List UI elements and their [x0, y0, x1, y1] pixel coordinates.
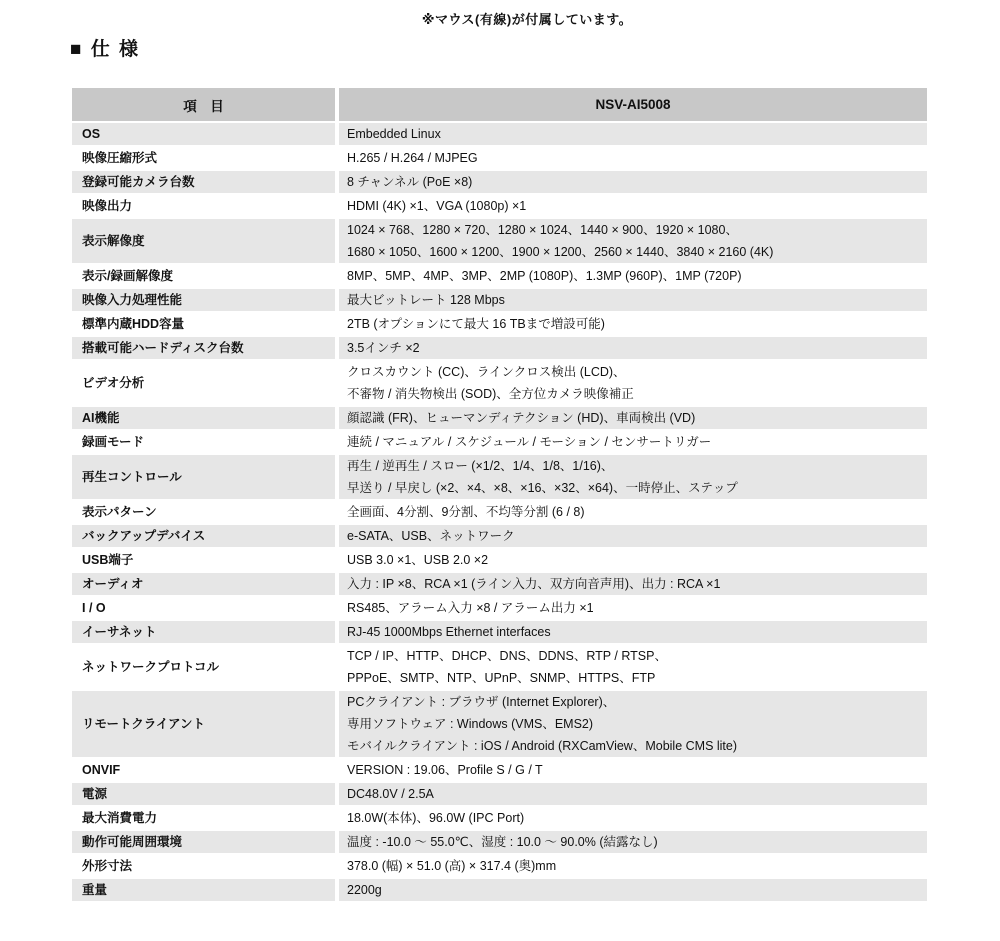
header-item-column: 項 目 — [72, 88, 339, 123]
spec-item-label: USB端子 — [72, 549, 339, 573]
spec-item-value: 全画面、4分割、9分割、不均等分割 (6 / 8) — [339, 501, 927, 525]
spec-item-value: クロスカウント (CC)、ラインクロス検出 (LCD)、 不審物 / 消失物検出… — [339, 361, 927, 407]
spec-item-value: TCP / IP、HTTP、DHCP、DNS、DDNS、RTP / RTSP、 … — [339, 645, 927, 691]
table-row: 映像出力 HDMI (4K) ×1、VGA (1080p) ×1 — [72, 195, 927, 219]
spec-item-value: 温度 : -10.0 ～ 55.0℃、湿度 : 10.0 ～ 90.0% (結露… — [339, 831, 927, 855]
spec-item-label: ONVIF — [72, 759, 339, 783]
spec-item-value: 顔認識 (FR)、ヒューマンディテクション (HD)、車両検出 (VD) — [339, 407, 927, 431]
spec-table-header: 項 目 NSV-AI5008 — [72, 88, 927, 123]
spec-item-label: 電源 — [72, 783, 339, 807]
spec-item-label: ビデオ分析 — [72, 361, 339, 407]
spec-item-label: 搭載可能ハードディスク台数 — [72, 337, 339, 361]
table-row: 登録可能カメラ台数 8 チャンネル (PoE ×8) — [72, 171, 927, 195]
spec-item-value: VERSION : 19.06、Profile S / G / T — [339, 759, 927, 783]
table-row: リモートクライアント PCクライアント : ブラウザ (Internet Exp… — [72, 691, 927, 759]
table-row: 表示解像度 1024 × 768、1280 × 720、1280 × 1024、… — [72, 219, 927, 265]
spec-item-label: 重量 — [72, 879, 339, 903]
table-row: 表示/録画解像度 8MP、5MP、4MP、3MP、2MP (1080P)、1.3… — [72, 265, 927, 289]
spec-item-label: OS — [72, 123, 339, 147]
spec-item-label: 再生コントロール — [72, 455, 339, 501]
table-row: ビデオ分析 クロスカウント (CC)、ラインクロス検出 (LCD)、 不審物 /… — [72, 361, 927, 407]
table-row: USB端子 USB 3.0 ×1、USB 2.0 ×2 — [72, 549, 927, 573]
header-row: 項 目 NSV-AI5008 — [72, 88, 927, 123]
section-title-specifications: ■ 仕 様 — [70, 34, 140, 61]
spec-item-value: 最大ビットレート 128 Mbps — [339, 289, 927, 313]
spec-item-value: 連続 / マニュアル / スケジュール / モーション / センサートリガー — [339, 431, 927, 455]
spec-item-label: 表示/録画解像度 — [72, 265, 339, 289]
table-row: AI機能 顔認識 (FR)、ヒューマンディテクション (HD)、車両検出 (VD… — [72, 407, 927, 431]
table-row: ネットワークプロトコル TCP / IP、HTTP、DHCP、DNS、DDNS、… — [72, 645, 927, 691]
spec-item-label: ネットワークプロトコル — [72, 645, 339, 691]
spec-item-label: バックアップデバイス — [72, 525, 339, 549]
table-row: 最大消費電力 18.0W(本体)、96.0W (IPC Port) — [72, 807, 927, 831]
table-row: 電源 DC48.0V / 2.5A — [72, 783, 927, 807]
table-row: 重量 2200g — [72, 879, 927, 903]
spec-item-value: H.265 / H.264 / MJPEG — [339, 147, 927, 171]
table-row: 録画モード 連続 / マニュアル / スケジュール / モーション / センサー… — [72, 431, 927, 455]
table-row: 動作可能周囲環境 温度 : -10.0 ～ 55.0℃、湿度 : 10.0 ～ … — [72, 831, 927, 855]
spec-item-value: HDMI (4K) ×1、VGA (1080p) ×1 — [339, 195, 927, 219]
spec-item-value: 1024 × 768、1280 × 720、1280 × 1024、1440 ×… — [339, 219, 927, 265]
spec-item-label: 映像出力 — [72, 195, 339, 219]
table-row: ONVIF VERSION : 19.06、Profile S / G / T — [72, 759, 927, 783]
spec-item-label: AI機能 — [72, 407, 339, 431]
spec-item-label: 映像入力処理性能 — [72, 289, 339, 313]
table-row: 外形寸法 378.0 (幅) × 51.0 (高) × 317.4 (奥)mm — [72, 855, 927, 879]
spec-item-label: オーディオ — [72, 573, 339, 597]
spec-item-value: 8MP、5MP、4MP、3MP、2MP (1080P)、1.3MP (960P)… — [339, 265, 927, 289]
spec-item-label: イーサネット — [72, 621, 339, 645]
header-model-column: NSV-AI5008 — [339, 88, 927, 123]
spec-item-value: Embedded Linux — [339, 123, 927, 147]
spec-table-body: OS Embedded Linux 映像圧縮形式 H.265 / H.264 /… — [72, 123, 927, 903]
spec-item-value: PCクライアント : ブラウザ (Internet Explorer)、 専用ソ… — [339, 691, 927, 759]
spec-item-value: RS485、アラーム入力 ×8 / アラーム出力 ×1 — [339, 597, 927, 621]
spec-item-label: 最大消費電力 — [72, 807, 339, 831]
table-row: 標準内蔵HDD容量 2TB (オプションにて最大 16 TBまで増設可能) — [72, 313, 927, 337]
table-row: 再生コントロール 再生 / 逆再生 / スロー (×1/2、1/4、1/8、1/… — [72, 455, 927, 501]
spec-item-label: I / O — [72, 597, 339, 621]
spec-item-value: e-SATA、USB、ネットワーク — [339, 525, 927, 549]
spec-item-label: 表示パターン — [72, 501, 339, 525]
spec-item-value: 18.0W(本体)、96.0W (IPC Port) — [339, 807, 927, 831]
table-row: 搭載可能ハードディスク台数 3.5インチ ×2 — [72, 337, 927, 361]
spec-item-value: 2200g — [339, 879, 927, 903]
table-row: オーディオ 入力 : IP ×8、RCA ×1 (ライン入力、双方向音声用)、出… — [72, 573, 927, 597]
spec-item-label: リモートクライアント — [72, 691, 339, 759]
spec-item-value: 再生 / 逆再生 / スロー (×1/2、1/4、1/8、1/16)、 早送り … — [339, 455, 927, 501]
spec-item-value: 8 チャンネル (PoE ×8) — [339, 171, 927, 195]
table-row: 表示パターン 全画面、4分割、9分割、不均等分割 (6 / 8) — [72, 501, 927, 525]
spec-item-label: 標準内蔵HDD容量 — [72, 313, 339, 337]
spec-item-value: 3.5インチ ×2 — [339, 337, 927, 361]
spec-item-label: 動作可能周囲環境 — [72, 831, 339, 855]
spec-table: 項 目 NSV-AI5008 OS Embedded Linux 映像圧縮形式 … — [72, 88, 927, 903]
table-row: I / O RS485、アラーム入力 ×8 / アラーム出力 ×1 — [72, 597, 927, 621]
table-row: バックアップデバイス e-SATA、USB、ネットワーク — [72, 525, 927, 549]
spec-item-value: 入力 : IP ×8、RCA ×1 (ライン入力、双方向音声用)、出力 : RC… — [339, 573, 927, 597]
spec-item-value: RJ-45 1000Mbps Ethernet interfaces — [339, 621, 927, 645]
spec-item-label: 映像圧縮形式 — [72, 147, 339, 171]
spec-item-value: 378.0 (幅) × 51.0 (高) × 317.4 (奥)mm — [339, 855, 927, 879]
table-row: 映像入力処理性能 最大ビットレート 128 Mbps — [72, 289, 927, 313]
spec-item-value: DC48.0V / 2.5A — [339, 783, 927, 807]
table-row: OS Embedded Linux — [72, 123, 927, 147]
spec-item-value: USB 3.0 ×1、USB 2.0 ×2 — [339, 549, 927, 573]
spec-item-label: 登録可能カメラ台数 — [72, 171, 339, 195]
table-row: 映像圧縮形式 H.265 / H.264 / MJPEG — [72, 147, 927, 171]
spec-item-label: 外形寸法 — [72, 855, 339, 879]
spec-item-value: 2TB (オプションにて最大 16 TBまで増設可能) — [339, 313, 927, 337]
spec-item-label: 表示解像度 — [72, 219, 339, 265]
table-row: イーサネット RJ-45 1000Mbps Ethernet interface… — [72, 621, 927, 645]
mouse-included-note: ※マウス(有線)が付属しています。 — [54, 9, 1000, 28]
spec-item-label: 録画モード — [72, 431, 339, 455]
